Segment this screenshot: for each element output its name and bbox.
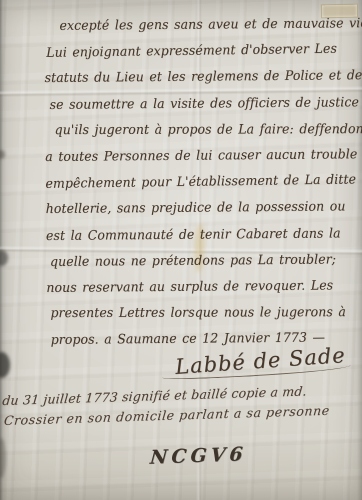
paper-blemish: [0, 438, 6, 478]
manuscript-photo: excepté les gens sans aveu et de mauvais…: [0, 0, 362, 500]
manuscript-line: presentes Lettres lorsque nous le jugero…: [47, 300, 362, 327]
manuscript-line: quelle nous ne prétendons pas La trouble…: [46, 247, 362, 276]
manuscript-line: hotellerie, sans prejudice de la possess…: [46, 195, 362, 224]
manuscript-line: Lui enjoignant expressément d'observer L…: [44, 37, 361, 68]
manuscript-line: empêchement pour L'établissement de La d…: [45, 167, 362, 198]
docket-mark: NCGV6: [149, 443, 247, 468]
paper-blemish: [0, 352, 10, 378]
manuscript-line: statuts du Lieu et les reglemens de Poli…: [44, 64, 361, 93]
paper-blemish: [0, 250, 8, 266]
manuscript-line: qu'ils jugeront à propos de La faire: de…: [45, 117, 362, 144]
letter-body: excepté les gens sans aveu et de mauvais…: [44, 11, 362, 354]
manuscript-line: se soumettre a la visite des officiers d…: [45, 90, 362, 119]
manuscript-line: nous reservant au surplus de revoquer. L…: [46, 273, 362, 302]
manuscript-line: est la Communauté de tenir Cabaret dans …: [46, 221, 362, 250]
paper-blemish: [0, 150, 5, 159]
manuscript-line: a toutes Personnes de lui causer aucun t…: [45, 142, 362, 171]
manuscript-line: excepté les gens sans aveu et de mauvais…: [44, 11, 361, 40]
service-note: du 31 juillet 1773 signifié et baillé co…: [2, 380, 362, 431]
